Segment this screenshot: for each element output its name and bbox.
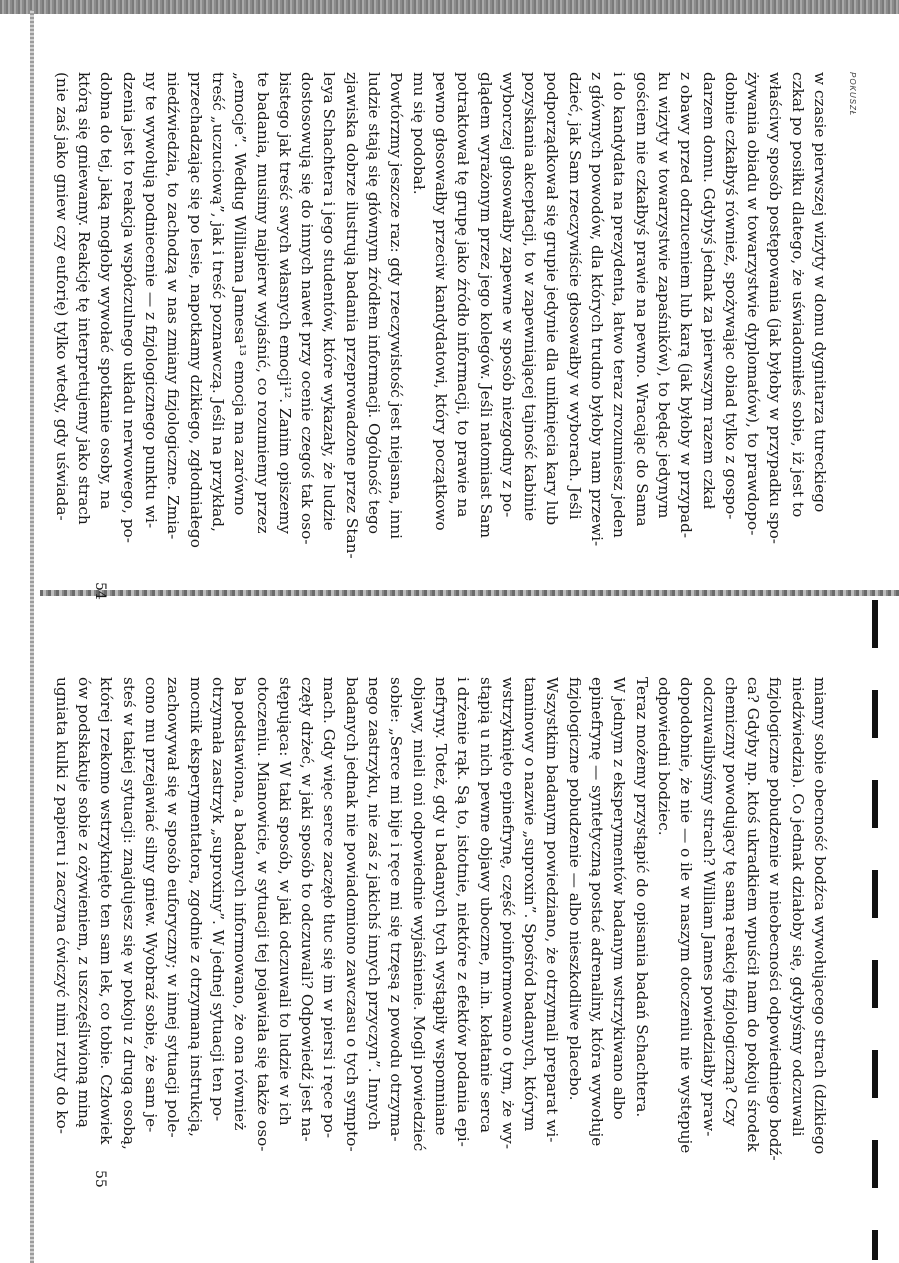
text-line: te badania, musimy najpierw wyjaśnić, co…	[251, 72, 273, 558]
text-line: Powtórzmy jeszcze raz: gdy rzeczywistość…	[385, 72, 407, 558]
text-line: którą się gniewamy. Reakcję tę interpret…	[73, 72, 95, 558]
text-line: fizjologiczne pobudzenie w nieobecności …	[764, 677, 786, 1183]
text-line: ny te wywołują podniecenie — z fizjologi…	[140, 72, 162, 558]
text-line: wstrzyknięto epinefrynę, część poinformo…	[497, 677, 519, 1183]
text-line: dzieć, jak Sam rzeczywiście głosowałby w…	[563, 72, 585, 558]
text-line: niedźwiedzia). Co jednak działoby się, g…	[786, 677, 808, 1183]
text-line: epinefrynę — syntetyczną postać adrenali…	[586, 677, 608, 1183]
text-line: pozyskania akceptacji, to w zapewniające…	[519, 72, 541, 558]
text-line: miamy sobie obecność bodźca wywołującego…	[809, 677, 831, 1183]
text-line: nego zastrzyku, nie zaś z jakichś innych…	[363, 677, 385, 1183]
text-line: odpowiedni bodziec.	[653, 677, 675, 1183]
text-line: Wszystkim badanym powiedziano, że otrzym…	[541, 677, 563, 1183]
text-line: i do kandydata na prezydenta, łatwo tera…	[608, 72, 630, 558]
text-line: treść „uczuciową”, jak i treść poznawczą…	[207, 72, 229, 558]
text-line: mach. Gdy więc serce zaczęło tłuc się im…	[318, 677, 340, 1183]
text-line: dopodobnie, że nie — o ile w naszym otoc…	[675, 677, 697, 1183]
text-line: otoczeniu. Mianowicie, w sytuacji tej po…	[251, 677, 273, 1183]
text-line: czkał po posiłku dlatego, że uświadomiłe…	[786, 72, 808, 558]
text-line: stępująca: W taki sposób, w jaki odczuwa…	[274, 677, 296, 1183]
text-line: pewno głosowałby przeciw kandydatowi, kt…	[430, 72, 452, 558]
text-line: mu się podobał.	[407, 72, 429, 558]
text-line: darzem domu. Gdybyś jednak za pierwszym …	[697, 72, 719, 558]
text-line: w czasie pierwszej wizyty w domu dygnita…	[809, 72, 831, 558]
text-line: właściwy sposób postępowania (jak byłoby…	[764, 72, 786, 558]
text-line: potraktował tę grupę jako źródło informa…	[452, 72, 474, 558]
running-header: POKUSZŁ	[841, 72, 863, 116]
right-page-number: 55	[89, 1170, 111, 1188]
text-line: odczuwalibyśmy strach? William James pow…	[697, 677, 719, 1183]
text-line: dobnie czkałbyś również, spożywając obia…	[720, 72, 742, 558]
text-line: żywania obiadu w towarzystwie dyplomatów…	[742, 72, 764, 558]
text-line: mocnik eksperymentatora, zgodnie z otrzy…	[184, 677, 206, 1183]
text-line: dobna do tej, jaką mogłoby wywołać spotk…	[95, 72, 117, 558]
text-line: ku wizyty w towarzystwie zapaśników), to…	[653, 72, 675, 558]
text-line: przechadzając się po lesie, napotkamy dz…	[184, 72, 206, 558]
text-line: której rzekomo wstrzyknięto ten sam lek,…	[95, 677, 117, 1183]
right-page: miamy sobie obecność bodźca wywołującego…	[0, 665, 899, 1195]
text-line: W jednym z eksperymentów badanym wstrzyk…	[608, 677, 630, 1183]
text-line: nefryny. Toteż, gdy u badanych tych wyst…	[430, 677, 452, 1183]
text-line: i drżenie rąk. Są to, istotnie, niektóre…	[452, 677, 474, 1183]
text-line: fizjologiczne pobudzenie — albo nieszkod…	[563, 677, 585, 1183]
left-page-body: w czasie pierwszej wizyty w domu dygnita…	[51, 72, 831, 558]
text-line: otrzymała zastrzyk „suproxiny”. W jednej…	[207, 677, 229, 1183]
text-line: badanych jednak nie powiadomiono zawczas…	[340, 677, 362, 1183]
text-line: ów podskakuje sobie z ożywieniem, z uszc…	[73, 677, 95, 1183]
text-line: Teraz możemy przystąpić do opisania bada…	[630, 677, 652, 1183]
text-line: cono mu przejawiać silny gniew. Wyobraź …	[140, 677, 162, 1183]
left-page: POKUSZŁ w czasie pierwszej wizyty w domu…	[0, 60, 899, 570]
text-line: steś w takiej sytuacji: znajdujesz się w…	[118, 677, 140, 1183]
text-line: częły drżeć, w jaki sposób to odczuwali?…	[296, 677, 318, 1183]
text-line: z głównych powodów, dla których trudno b…	[586, 72, 608, 558]
text-line: ba podstawiona, a badanych informowano, …	[229, 677, 251, 1183]
text-line: ludzie stają się głównym źródłem informa…	[363, 72, 385, 558]
text-line: dzenia jest to reakcja współczulnego ukł…	[118, 72, 140, 558]
text-line: glądem wyrażonym przez jego kolegów. Jeś…	[474, 72, 496, 558]
text-line: ugniata kulki z papieru i zaczyna ćwiczy…	[51, 677, 73, 1183]
right-page-body: miamy sobie obecność bodźca wywołującego…	[51, 677, 831, 1183]
text-line: bistego jak treść swych własnych emocji¹…	[274, 72, 296, 558]
text-line: zjawiska dobrze ilustrują badania przepr…	[340, 72, 362, 558]
text-line: sobie: „Serce mi bije i ręce mi się trzę…	[385, 677, 407, 1183]
text-line: (nie zaś jako gniew czy euforię) tylko w…	[51, 72, 73, 558]
text-line: chemiczny powodujący tę samą reakcję fiz…	[720, 677, 742, 1183]
text-line: stąpią u nich pewne objawy uboczne, m.in…	[474, 677, 496, 1183]
text-line: ca? Gdyby np. ktoś ukradkiem wpuścił nam…	[742, 677, 764, 1183]
left-page-number: 54	[89, 582, 111, 600]
text-line: z obawy przed odrzuceniem lub karą (jak …	[675, 72, 697, 558]
text-line: dostosowują się do innych nawet przy oce…	[296, 72, 318, 558]
text-line: leya Schachtera i jego studentów, które …	[318, 72, 340, 558]
text-line: zachowywał się w sposób euforyczny; w in…	[162, 677, 184, 1183]
text-line: taminowy o nazwie „suproxin”. Spośród ba…	[519, 677, 541, 1183]
rotated-spread: POKUSZŁ w czasie pierwszej wizyty w domu…	[0, 0, 899, 1263]
text-line: niedźwiedzia, to zachodzą w nas zmiany f…	[162, 72, 184, 558]
text-line: podporządkował się grupie jedynie dla un…	[541, 72, 563, 558]
text-line: objawy, mieli oni odpowiednie wyjaśnieni…	[407, 677, 429, 1183]
text-line: wyborczej głosowałby zapewne w sposób ni…	[497, 72, 519, 558]
text-line: gościem nie czkałbyś prawie na pewno. Wr…	[630, 72, 652, 558]
text-line: „emocje”. Według Williama Jamesa¹³ emocj…	[229, 72, 251, 558]
